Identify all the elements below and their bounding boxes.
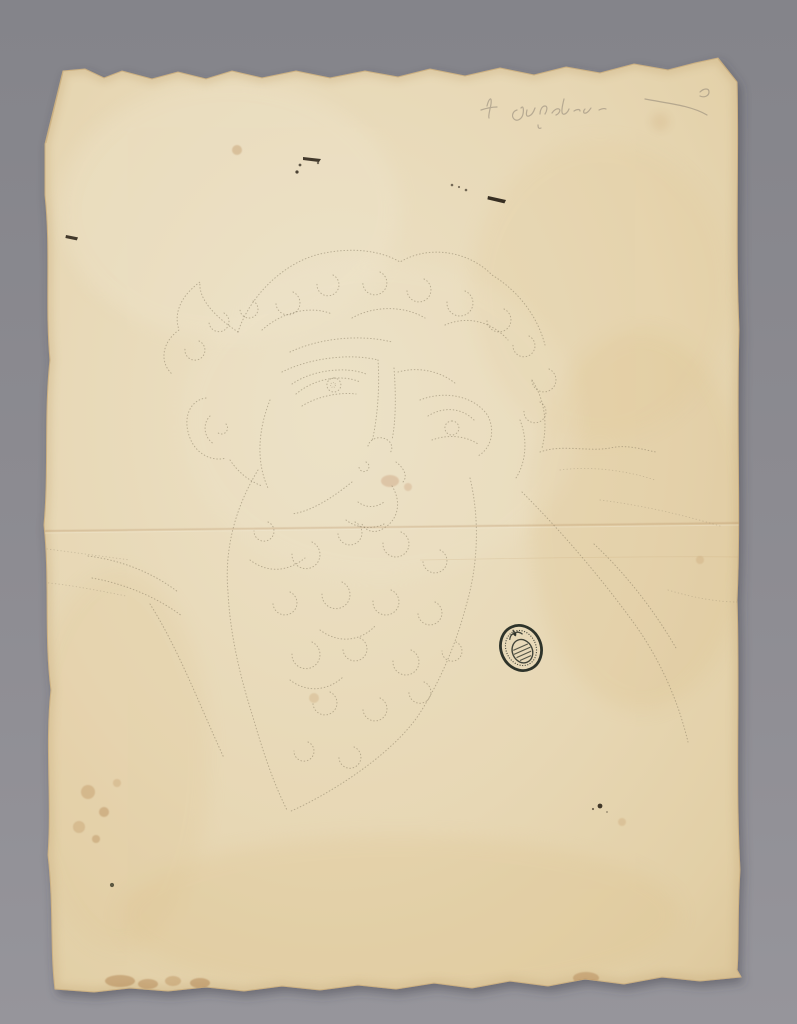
artwork-photo (0, 0, 797, 1024)
photograph-stage (0, 0, 797, 1024)
